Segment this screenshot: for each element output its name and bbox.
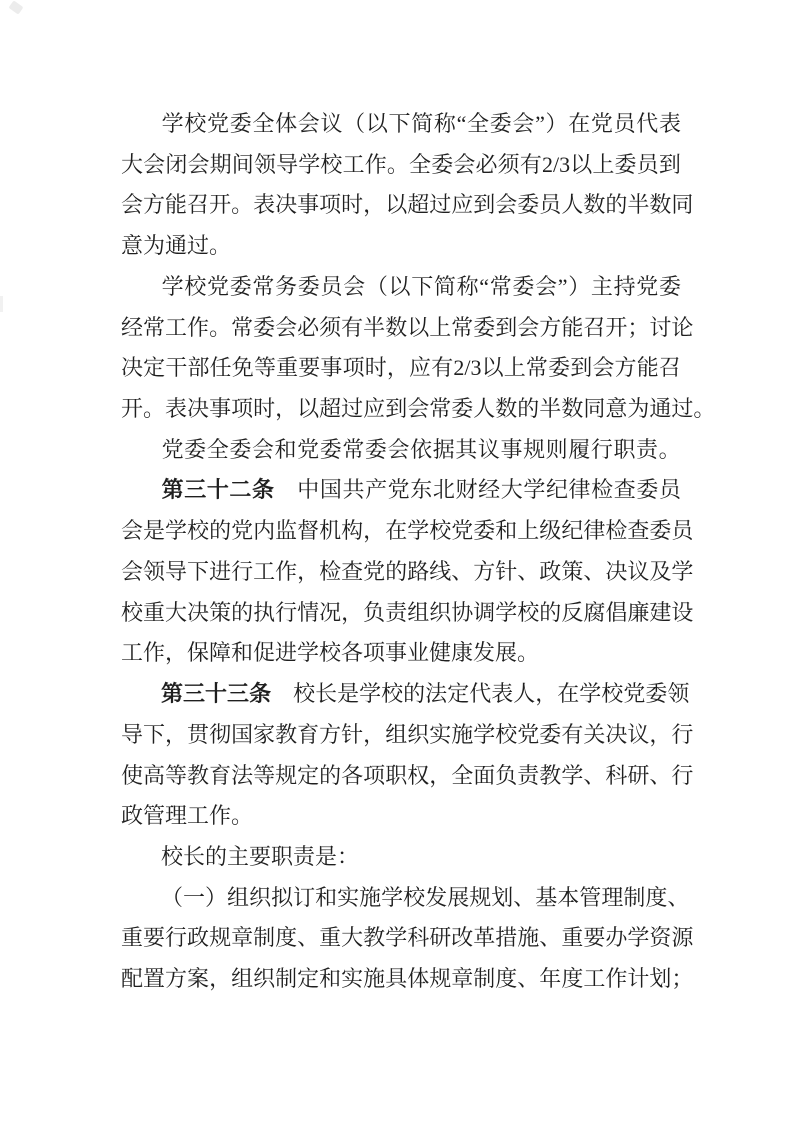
glyph: 查 — [614, 470, 636, 511]
glyph: 校 — [495, 715, 517, 756]
glyph: 半 — [627, 185, 649, 226]
glyph: ， — [363, 715, 385, 756]
glyph: 学 — [162, 104, 184, 145]
glyph: 策 — [561, 552, 583, 593]
glyph: 织 — [249, 878, 271, 919]
glyph: 代 — [469, 674, 491, 715]
glyph: 召 — [583, 308, 605, 349]
glyph: 校 — [187, 511, 209, 552]
glyph: 责 — [517, 756, 539, 797]
glyph: 事 — [320, 348, 342, 389]
glyph: 贯 — [187, 715, 209, 756]
glyph: 是 — [143, 511, 165, 552]
glyph: 督 — [297, 511, 319, 552]
glyph: 全 — [409, 145, 431, 186]
glyph: 工 — [253, 552, 275, 593]
glyph: 设 — [671, 593, 693, 634]
glyph: 员 — [671, 511, 693, 552]
glyph: 办 — [605, 918, 627, 959]
glyph: 检 — [591, 470, 613, 511]
glyph: 制 — [253, 918, 275, 959]
glyph: 事 — [209, 389, 231, 430]
glyph: 育 — [209, 756, 231, 797]
glyph: 经 — [478, 470, 500, 511]
glyph: 务 — [275, 267, 297, 308]
glyph: 以 — [482, 348, 504, 389]
glyph: 行 — [671, 756, 693, 797]
glyph: 方 — [319, 715, 341, 756]
glyph: 育 — [297, 715, 319, 756]
glyph: 过 — [671, 389, 693, 430]
glyph: 工 — [165, 308, 187, 349]
glyph: 决 — [605, 715, 627, 756]
glyph: 时 — [365, 348, 387, 389]
glyph: 定 — [447, 674, 469, 715]
glyph: 实 — [337, 878, 359, 919]
glyph: 必 — [297, 308, 319, 349]
glyph: 以 — [389, 267, 411, 308]
glyph: 会 — [535, 267, 557, 308]
glyph: 委 — [548, 348, 570, 389]
glyph: 间 — [232, 145, 254, 186]
glyph: 要 — [583, 918, 605, 959]
glyph: 委 — [659, 267, 681, 308]
glyph: 学 — [671, 552, 693, 593]
glyph: 协 — [451, 593, 473, 634]
glyph: 委 — [512, 267, 534, 308]
text-line: 大会闭会期间领导学校工作。全委会必须有2/3以上委员到 — [121, 145, 681, 186]
glyph: 项 — [363, 756, 385, 797]
glyph: 查 — [341, 552, 363, 593]
glyph: 学 — [579, 674, 601, 715]
glyph: ） — [568, 267, 590, 308]
glyph: 况 — [319, 593, 341, 634]
text-line: 开。表决事项时，以超过应到会常委人数的半数同意为通过。 — [121, 389, 681, 430]
glyph: 方 — [473, 552, 495, 593]
glyph: 会 — [121, 511, 143, 552]
glyph: 具 — [385, 959, 407, 1000]
glyph: 委 — [298, 267, 320, 308]
glyph: 委 — [229, 430, 251, 471]
glyph: 则 — [546, 430, 568, 471]
glyph: 作 — [605, 959, 627, 1000]
glyph: 开 — [121, 389, 143, 430]
glyph: 高 — [143, 756, 165, 797]
glyph: 项 — [319, 185, 341, 226]
glyph: 措 — [495, 918, 517, 959]
glyph: 的 — [403, 674, 425, 715]
glyph: 、 — [539, 918, 561, 959]
glyph: 应 — [451, 185, 473, 226]
glyph: 工 — [583, 959, 605, 1000]
glyph: 度 — [561, 959, 583, 1000]
glyph: 能 — [561, 308, 583, 349]
glyph: 十 — [205, 674, 227, 715]
glyph: 委 — [451, 389, 473, 430]
glyph: 、 — [583, 552, 605, 593]
glyph: 委 — [645, 674, 667, 715]
glyph: 到 — [385, 389, 407, 430]
glyph: 决 — [605, 552, 627, 593]
glyph: 教 — [363, 918, 385, 959]
glyph: 负 — [495, 756, 517, 797]
glyph: 。 — [659, 430, 681, 471]
glyph: 论 — [671, 308, 693, 349]
glyph: ， — [275, 389, 297, 430]
glyph: 组 — [385, 715, 407, 756]
glyph: 常 — [252, 267, 274, 308]
glyph: 度 — [275, 918, 297, 959]
glyph: ， — [363, 511, 385, 552]
glyph: 常 — [143, 308, 165, 349]
glyph: 上 — [504, 348, 526, 389]
glyph: 项 — [343, 348, 365, 389]
glyph: 责 — [385, 593, 407, 634]
glyph: 腐 — [583, 593, 605, 634]
glyph: 行 — [591, 430, 613, 471]
glyph: 在 — [557, 674, 579, 715]
glyph: 重 — [276, 348, 298, 389]
text-line: 工作，保障和促进学校各项事业健康发展。 — [121, 633, 681, 674]
glyph: 针 — [495, 552, 517, 593]
glyph: ， — [387, 348, 409, 389]
glyph: 、 — [297, 918, 319, 959]
glyph: 下 — [411, 267, 433, 308]
glyph: 为 — [627, 389, 649, 430]
glyph: 第 — [162, 470, 184, 511]
glyph: 定 — [297, 756, 319, 797]
line-text: 校长的主要职责是： — [161, 844, 359, 869]
glyph: 的 — [209, 511, 231, 552]
glyph: 依 — [410, 430, 432, 471]
glyph: 东 — [410, 470, 432, 511]
glyph: 中 — [297, 470, 319, 511]
glyph: 会 — [121, 185, 143, 226]
glyph: 共 — [342, 470, 364, 511]
glyph: 教 — [539, 756, 561, 797]
glyph: 委 — [320, 430, 342, 471]
glyph: 导 — [121, 715, 143, 756]
glyph: 事 — [297, 185, 319, 226]
glyph: 有 — [341, 308, 363, 349]
glyph: 等 — [165, 756, 187, 797]
glyph: 关 — [583, 715, 605, 756]
glyph: 本 — [557, 878, 579, 919]
glyph: 以 — [366, 104, 388, 145]
glyph: 议 — [627, 552, 649, 593]
glyph: 、 — [517, 552, 539, 593]
text-line: 意为通过。 — [121, 226, 681, 267]
glyph: 定 — [143, 348, 165, 389]
glyph: 负 — [363, 593, 385, 634]
glyph: 导 — [276, 145, 298, 186]
glyph: 学 — [627, 918, 649, 959]
glyph: ” — [558, 267, 568, 308]
glyph: 行 — [165, 918, 187, 959]
glyph: 体 — [275, 104, 297, 145]
glyph: 数 — [561, 389, 583, 430]
glyph: 项 — [231, 389, 253, 430]
glyph: 和 — [495, 511, 517, 552]
glyph: 学 — [385, 918, 407, 959]
glyph: 委 — [615, 145, 637, 186]
text-line: 配置方案，组织制定和实施具体规章制度、年度工作计划； — [121, 959, 681, 1000]
glyph: 律 — [569, 470, 591, 511]
glyph: 到 — [495, 308, 517, 349]
glyph: 据 — [433, 430, 455, 471]
glyph: 经 — [121, 308, 143, 349]
glyph: 校 — [184, 104, 206, 145]
glyph: 施 — [451, 715, 473, 756]
glyph: 会 — [343, 267, 365, 308]
glyph: 纪 — [546, 470, 568, 511]
glyph: ， — [209, 959, 231, 1000]
glyph: 会 — [121, 552, 143, 593]
glyph: 全 — [467, 104, 489, 145]
glyph: 学 — [561, 756, 583, 797]
glyph: 以 — [297, 389, 319, 430]
glyph: 学 — [359, 674, 381, 715]
glyph: 超 — [319, 389, 341, 430]
glyph: 人 — [473, 389, 495, 430]
glyph: 面 — [473, 756, 495, 797]
glyph: 学 — [407, 511, 429, 552]
glyph: 定 — [297, 959, 319, 1000]
glyph: 常 — [451, 308, 473, 349]
glyph: 校 — [517, 593, 539, 634]
glyph: 履 — [568, 430, 590, 471]
glyph: 到 — [659, 145, 681, 186]
glyph: 作 — [187, 308, 209, 349]
glyph: 应 — [409, 348, 431, 389]
glyph: 检 — [319, 552, 341, 593]
glyph: 产 — [365, 470, 387, 511]
glyph: 要 — [298, 348, 320, 389]
glyph: 章 — [231, 918, 253, 959]
glyph: 学 — [523, 470, 545, 511]
glyph: 行 — [671, 715, 693, 756]
glyph: “ — [479, 267, 489, 308]
glyph: 免 — [232, 348, 254, 389]
glyph: 有 — [561, 715, 583, 756]
glyph: 党 — [591, 104, 613, 145]
text-line: 会方能召开。表决事项时，以超过应到会委员人数的半数同 — [121, 185, 681, 226]
glyph: ， — [341, 593, 363, 634]
glyph: 期 — [210, 145, 232, 186]
glyph: 主 — [591, 267, 613, 308]
glyph: 部 — [187, 348, 209, 389]
glyph: 改 — [451, 918, 473, 959]
glyph: 必 — [476, 145, 498, 186]
glyph: 方 — [143, 185, 165, 226]
glyph: 及 — [649, 552, 671, 593]
glyph: 会 — [495, 185, 517, 226]
glyph: 、 — [513, 878, 535, 919]
glyph: 法 — [231, 756, 253, 797]
glyph: 简 — [411, 104, 433, 145]
glyph: 会 — [275, 308, 297, 349]
glyph: 律 — [583, 511, 605, 552]
glyph: 权 — [407, 756, 429, 797]
glyph: 的 — [319, 756, 341, 797]
glyph: ， — [297, 552, 319, 593]
glyph: 体 — [407, 959, 429, 1000]
glyph: 重 — [143, 593, 165, 634]
text-line: 第三十二条中国共产党东北财经大学纪律检查委员 — [121, 470, 681, 511]
glyph: 施 — [363, 959, 385, 1000]
glyph: 领 — [254, 145, 276, 186]
glyph: 学 — [298, 145, 320, 186]
glyph: 学 — [381, 878, 403, 919]
glyph: 员 — [637, 145, 659, 186]
glyph: 政 — [187, 918, 209, 959]
glyph: 、 — [649, 756, 671, 797]
glyph: 北 — [433, 470, 455, 511]
glyph: 时 — [253, 389, 275, 430]
glyph: 家 — [253, 715, 275, 756]
glyph: 情 — [297, 593, 319, 634]
glyph: 能 — [637, 348, 659, 389]
glyph: 行 — [231, 552, 253, 593]
glyph: 人 — [561, 185, 583, 226]
glyph: 常 — [231, 308, 253, 349]
glyph: ； — [671, 959, 693, 1000]
glyph: 研 — [429, 918, 451, 959]
glyph: 。 — [209, 308, 231, 349]
glyph: 规 — [209, 918, 231, 959]
glyph: 委 — [539, 715, 561, 756]
glyph: 全 — [451, 756, 473, 797]
glyph: 委 — [517, 185, 539, 226]
glyph: 党 — [207, 267, 229, 308]
glyph: 2/3 — [542, 145, 570, 186]
glyph: 职 — [613, 430, 635, 471]
glyph: 。 — [143, 389, 165, 430]
glyph: 和 — [275, 430, 297, 471]
text-line: 会是学校的党内监督机构，在学校党委和上级纪律检查委员 — [121, 511, 681, 552]
glyph: 责 — [636, 430, 658, 471]
glyph: 人 — [513, 674, 535, 715]
text-line: （一）组织拟订和实施学校发展规划、基本管理制度、 — [121, 878, 681, 919]
glyph: 以 — [385, 185, 407, 226]
glyph: 任 — [210, 348, 232, 389]
glyph: 到 — [473, 185, 495, 226]
glyph: 时 — [341, 185, 363, 226]
glyph: 配 — [121, 959, 143, 1000]
glyph: 内 — [253, 511, 275, 552]
glyph: 校 — [320, 145, 342, 186]
glyph: 各 — [341, 756, 363, 797]
glyph: 重 — [121, 918, 143, 959]
glyph: 意 — [605, 389, 627, 430]
text-line: 校长的主要职责是： — [121, 837, 681, 878]
glyph: 委 — [649, 511, 671, 552]
glyph: 职 — [385, 756, 407, 797]
glyph: 数 — [385, 308, 407, 349]
glyph: 上 — [592, 145, 614, 186]
glyph: 、 — [583, 756, 605, 797]
glyph: 校 — [429, 511, 451, 552]
glyph: ， — [649, 715, 671, 756]
glyph: 条 — [249, 674, 271, 715]
glyph: 大 — [501, 470, 523, 511]
glyph: 。 — [387, 145, 409, 186]
text-line: 使高等教育法等规定的各项职权，全面负责教学、科研、行 — [121, 756, 681, 797]
glyph: ） — [546, 104, 568, 145]
glyph: （ — [366, 267, 388, 308]
glyph: 廉 — [627, 593, 649, 634]
glyph: 织 — [429, 593, 451, 634]
glyph: 委 — [253, 308, 275, 349]
glyph: 要 — [143, 918, 165, 959]
glyph: 三 — [183, 674, 205, 715]
glyph: 召 — [659, 348, 681, 389]
text-line: 学校党委全体会议（以下简称“全委会”）在党员代表 — [121, 104, 681, 145]
glyph: 学 — [495, 593, 517, 634]
glyph: 的 — [231, 593, 253, 634]
glyph: 委 — [636, 470, 658, 511]
glyph: 代 — [636, 104, 658, 145]
glyph: 到 — [570, 348, 592, 389]
glyph: 基 — [535, 878, 557, 919]
glyph: 调 — [473, 593, 495, 634]
glyph: 方 — [165, 959, 187, 1000]
glyph: 。 — [693, 389, 715, 430]
glyph: 同 — [671, 185, 693, 226]
glyph: 三 — [184, 470, 206, 511]
glyph: 方 — [615, 348, 637, 389]
glyph: 三 — [227, 674, 249, 715]
glyph: 等 — [253, 756, 275, 797]
glyph: 学 — [473, 715, 495, 756]
glyph: 其 — [455, 430, 477, 471]
glyph: 执 — [253, 593, 275, 634]
glyph: 长 — [315, 674, 337, 715]
text-line: 党委全委会和党委常委会依据其议事规则履行职责。 — [121, 430, 681, 471]
scan-artifact — [0, 296, 3, 312]
glyph: 工 — [343, 145, 365, 186]
glyph: 委 — [230, 104, 252, 145]
glyph: 在 — [385, 511, 407, 552]
glyph: 、 — [451, 552, 473, 593]
glyph: 制 — [473, 959, 495, 1000]
glyph: 领 — [143, 552, 165, 593]
glyph: 制 — [275, 959, 297, 1000]
glyph: 常 — [429, 389, 451, 430]
glyph: 召 — [187, 185, 209, 226]
text-line: 第三十三条校长是学校的法定代表人，在学校党委领 — [121, 674, 681, 715]
glyph: 称 — [434, 104, 456, 145]
text-line: 校重大决策的执行情况，负责组织协调学校的反腐倡廉建设 — [121, 593, 681, 634]
glyph: 党 — [388, 470, 410, 511]
glyph: 大 — [165, 593, 187, 634]
glyph: 下 — [389, 104, 411, 145]
glyph: 党 — [231, 511, 253, 552]
text-line: 经常工作。常委会必须有半数以上常委到会方能召开；讨论 — [121, 308, 681, 349]
text-line: 学校党委常务委员会（以下简称“常委会”）主持党委 — [121, 267, 681, 308]
glyph: 源 — [671, 918, 693, 959]
glyph: 施 — [359, 878, 381, 919]
text-block: 学校党委全体会议（以下简称“全委会”）在党员代表大会闭会期间领导学校工作。全委会… — [121, 104, 681, 1000]
glyph: 表 — [659, 104, 681, 145]
glyph: 常 — [490, 267, 512, 308]
glyph: 行 — [275, 593, 297, 634]
glyph: 须 — [498, 145, 520, 186]
glyph: 数 — [649, 185, 671, 226]
glyph: 的 — [385, 552, 407, 593]
glyph: 会 — [453, 145, 475, 186]
glyph: 委 — [184, 430, 206, 471]
